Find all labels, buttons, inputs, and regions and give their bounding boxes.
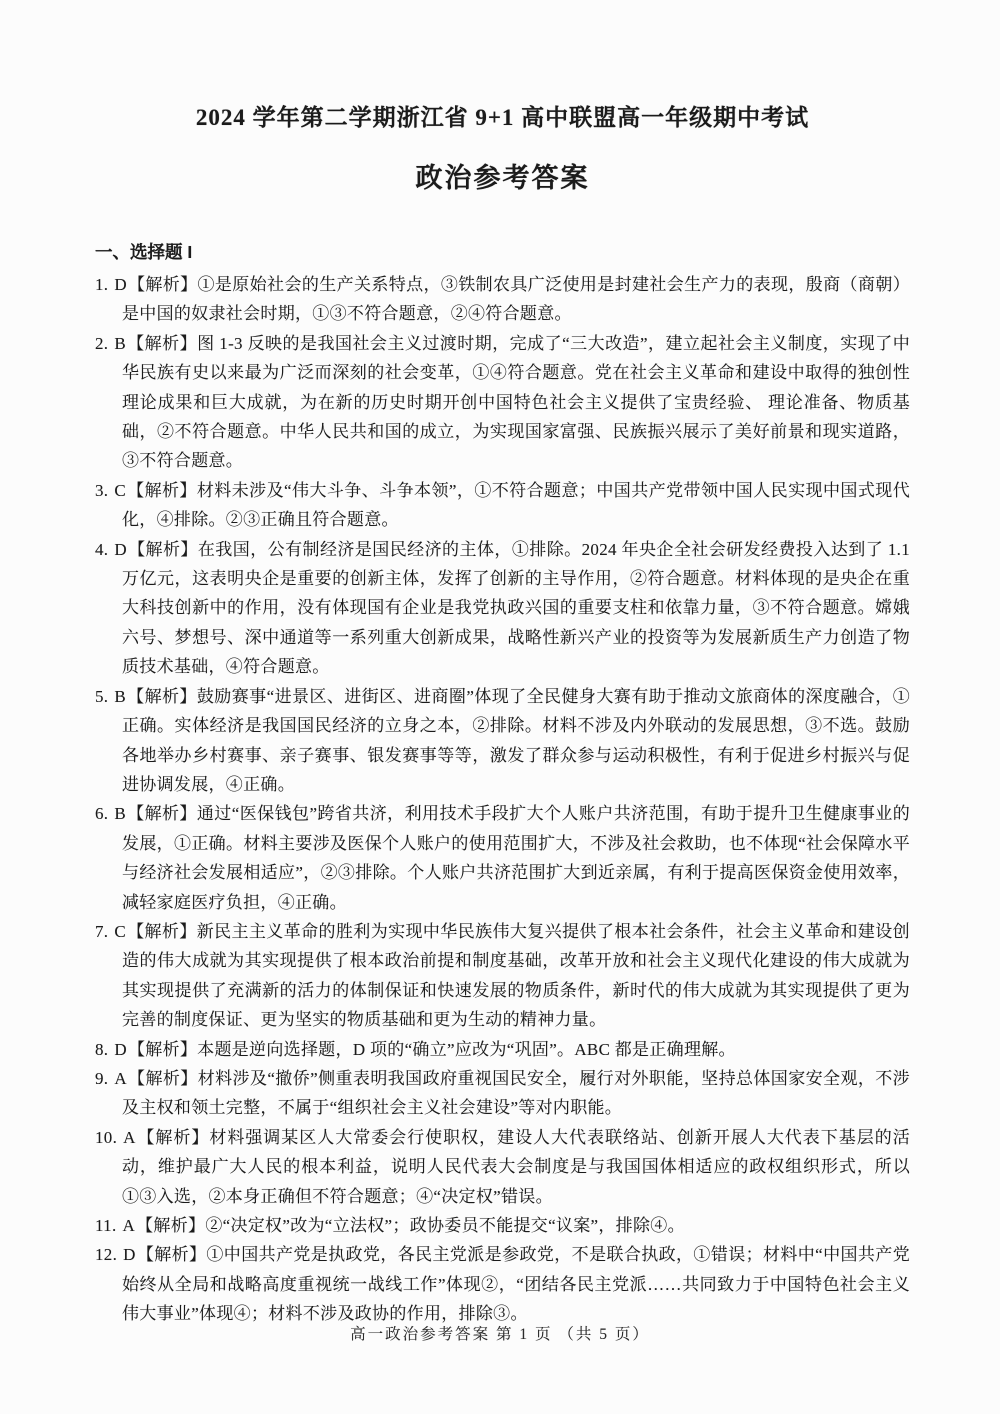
answer-list: 1.D【解析】①是原始社会的生产关系特点，③铁制农具广泛使用是封建社会生产力的表… <box>95 270 910 1329</box>
answer-letter: C <box>114 922 126 941</box>
question-number: 1. <box>95 275 108 294</box>
answer-letter: C <box>114 481 126 500</box>
question-number: 6. <box>95 804 108 823</box>
analysis-tag: 【解析】 <box>127 922 197 941</box>
analysis-tag: 【解析】 <box>137 1245 207 1264</box>
answer-item-7: 7.C【解析】新民主主义革命的胜利为实现中华民族伟大复兴提供了根本社会条件，社会… <box>95 917 910 1035</box>
section-heading-multiple-choice: 一、选择题 I <box>95 239 910 265</box>
question-number: 4. <box>95 540 108 559</box>
question-number: 10. <box>95 1128 117 1147</box>
analysis-text: 新民主主义革命的胜利为实现中华民族伟大复兴提供了根本社会条件，社会主义革命和建设… <box>122 922 910 1029</box>
analysis-tag: 【解析】 <box>136 1216 205 1235</box>
analysis-text: 材料强调某区人大常委会行使职权，建设人大代表联络站、创新开展人大代表下基层的活动… <box>122 1128 910 1206</box>
answer-letter: D <box>114 275 127 294</box>
answer-letter: B <box>114 687 126 706</box>
page-footer: 高一政治参考答案 第 1 页 （共 5 页） <box>0 1322 1000 1344</box>
exam-title: 2024 学年第二学期浙江省 9+1 高中联盟高一年级期中考试 <box>95 102 910 134</box>
answer-item-11: 11.A【解析】②“决定权”改为“立法权”；政协委员不能提交“议案”，排除④。 <box>95 1211 910 1240</box>
answer-item-1: 1.D【解析】①是原始社会的生产关系特点，③铁制农具广泛使用是封建社会生产力的表… <box>95 270 910 329</box>
analysis-text: 本题是逆向选择题，D 项的“确立”应改为“巩固”。ABC 都是正确理解。 <box>197 1040 736 1059</box>
analysis-tag: 【解析】 <box>127 687 197 706</box>
question-number: 11. <box>95 1216 117 1235</box>
analysis-tag: 【解析】 <box>127 804 197 823</box>
analysis-text: 通过“医保钱包”跨省共济，利用技术手段扩大个人账户共济范围，有助于提升卫生健康事… <box>122 804 910 911</box>
question-number: 3. <box>95 481 108 500</box>
answer-item-4: 4.D【解析】在我国，公有制经济是国民经济的主体，①排除。2024 年央企全社会… <box>95 535 910 682</box>
question-number: 7. <box>95 922 108 941</box>
analysis-text: 图 1-3 反映的是我国社会主义过渡时期，完成了“三大改造”，建立起社会主义制度… <box>122 334 910 471</box>
answer-item-5: 5.B【解析】鼓励赛事“进景区、进街区、进商圈”体现了全民健身大赛有助于推动文旅… <box>95 682 910 800</box>
analysis-text: 材料未涉及“伟大斗争、斗争本领”，①不符合题意；中国共产党带领中国人民实现中国式… <box>122 481 910 529</box>
analysis-tag: 【解析】 <box>137 1128 210 1147</box>
answer-letter: B <box>114 804 126 823</box>
answer-key-title: 政治参考答案 <box>95 161 910 195</box>
analysis-tag: 【解析】 <box>128 1069 198 1088</box>
question-number: 9. <box>95 1069 108 1088</box>
analysis-tag: 【解析】 <box>128 540 198 559</box>
analysis-text: ②“决定权”改为“立法权”；政协委员不能提交“议案”，排除④。 <box>205 1216 685 1235</box>
analysis-tag: 【解析】 <box>127 334 197 353</box>
answer-item-6: 6.B【解析】通过“医保钱包”跨省共济，利用技术手段扩大个人账户共济范围，有助于… <box>95 799 910 917</box>
answer-letter: D <box>123 1245 136 1264</box>
answer-item-9: 9.A【解析】材料涉及“撤侨”侧重表明我国政府重视国民安全，履行对外职能，坚持总… <box>95 1064 910 1123</box>
analysis-text: 鼓励赛事“进景区、进街区、进商圈”体现了全民健身大赛有助于推动文旅商体的深度融合… <box>122 687 910 794</box>
question-number: 5. <box>95 687 108 706</box>
analysis-text: 在我国，公有制经济是国民经济的主体，①排除。2024 年央企全社会研发经费投入达… <box>122 540 910 677</box>
answer-item-12: 12.D【解析】①中国共产党是执政党，各民主党派是参政党，不是联合执政，①错误；… <box>95 1240 910 1328</box>
answer-letter: B <box>114 334 126 353</box>
answer-item-3: 3.C【解析】材料未涉及“伟大斗争、斗争本领”，①不符合题意；中国共产党带领中国… <box>95 476 910 535</box>
answer-letter: D <box>114 1040 127 1059</box>
analysis-tag: 【解析】 <box>128 1040 197 1059</box>
analysis-tag: 【解析】 <box>128 275 198 294</box>
answer-item-10: 10.A【解析】材料强调某区人大常委会行使职权，建设人大代表联络站、创新开展人大… <box>95 1123 910 1211</box>
answer-sheet-page: 2024 学年第二学期浙江省 9+1 高中联盟高一年级期中考试 政治参考答案 一… <box>0 0 1000 1414</box>
question-number: 2. <box>95 334 108 353</box>
answer-letter: A <box>114 1069 127 1088</box>
analysis-text: ①是原始社会的生产关系特点，③铁制农具广泛使用是封建社会生产力的表现，殷商（商朝… <box>122 275 910 323</box>
answer-letter: A <box>123 1216 136 1235</box>
answer-item-2: 2.B【解析】图 1-3 反映的是我国社会主义过渡时期，完成了“三大改造”，建立… <box>95 329 910 476</box>
answer-item-8: 8.D【解析】本题是逆向选择题，D 项的“确立”应改为“巩固”。ABC 都是正确… <box>95 1035 910 1064</box>
analysis-text: ①中国共产党是执政党，各民主党派是参政党，不是联合执政，①错误；材料中“中国共产… <box>122 1245 910 1323</box>
question-number: 8. <box>95 1040 108 1059</box>
question-number: 12. <box>95 1245 117 1264</box>
answer-letter: A <box>123 1128 136 1147</box>
answer-letter: D <box>114 540 127 559</box>
analysis-text: 材料涉及“撤侨”侧重表明我国政府重视国民安全，履行对外职能，坚持总体国家安全观，… <box>122 1069 910 1117</box>
analysis-tag: 【解析】 <box>127 481 197 500</box>
